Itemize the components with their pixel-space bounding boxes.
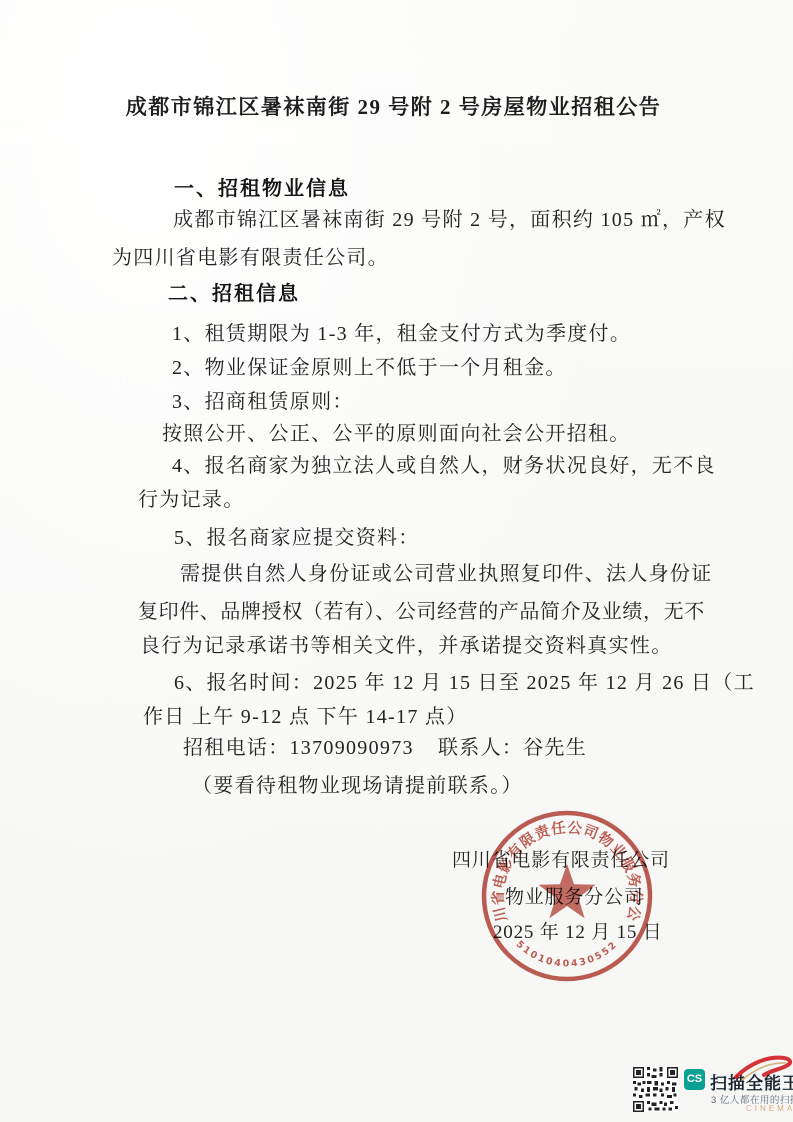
camscanner-watermark: CS 扫描全能王 3 亿人都在用的扫描App CINEMAS xyxy=(630,1050,793,1122)
doc-line: 良行为记录承诺书等相关文件，并承诺提交资料真实性。 xyxy=(140,629,673,658)
doc-line: （要看待租物业现场请提前联系。） xyxy=(192,769,523,798)
qr-code-graphic xyxy=(633,1067,678,1112)
doc-line: 2、物业保证金原则上不低于一个月租金。 xyxy=(172,351,567,380)
seal-star-icon xyxy=(539,864,596,918)
doc-line: 为四川省电影有限责任公司。 xyxy=(112,241,389,270)
cinemas-gold-watermark: CINEMAS xyxy=(746,1104,793,1113)
doc-line: 3、招商租赁原则： xyxy=(172,385,354,414)
section-heading-2: 二、招租信息 xyxy=(168,277,300,306)
swoosh-graphic xyxy=(734,1050,793,1084)
doc-line: 6、报名时间：2025 年 12 月 15 日至 2025 年 12 月 26 … xyxy=(174,666,755,695)
doc-line: 复印件、品牌授权（若有）、公司经营的产品简介及业绩，无不 xyxy=(138,595,705,624)
qr-code-icon xyxy=(633,1067,678,1112)
doc-line: 成都市锦江区暑袜南街 29 号附 2 号，面积约 105 ㎡，产权 xyxy=(173,203,726,232)
seal-code: 5101040430552 xyxy=(514,939,621,970)
doc-line: 按照公开、公正、公平的原则面向社会公开招租。 xyxy=(162,417,631,446)
doc-line: 5、报名商家应提交资料： xyxy=(174,521,420,550)
rental-phone-line: 招租电话：13709090973 xyxy=(183,731,414,760)
doc-line: 作日 上午 9-12 点 下午 14-17 点） xyxy=(143,700,468,729)
official-seal: 四川省电影有限责任公司物业服务分公司 5101040430552 xyxy=(479,808,655,984)
seal-graphic: 四川省电影有限责任公司物业服务分公司 5101040430552 xyxy=(479,808,655,984)
doc-line: 需提供自然人身份证或公司营业执照复印件、法人身份证 xyxy=(180,557,713,586)
scanned-document-page: { "document": { "title": "成都市锦江区暑袜南街 29 … xyxy=(0,0,793,1122)
doc-title: 成都市锦江区暑袜南街 29 号附 2 号房屋物业招租公告 xyxy=(0,91,787,121)
red-swoosh-icon xyxy=(734,1050,793,1084)
doc-line: 行为记录。 xyxy=(138,483,245,512)
doc-line: 1、租赁期限为 1-3 年，租金支付方式为季度付。 xyxy=(172,317,631,346)
doc-line: 4、报名商家为独立法人或自然人，财务状况良好，无不良 xyxy=(172,449,716,478)
camscanner-logo-icon: CS xyxy=(684,1069,705,1090)
contact-person-line: 联系人：谷先生 xyxy=(438,731,587,760)
section-heading-1: 一、招租物业信息 xyxy=(174,172,350,201)
